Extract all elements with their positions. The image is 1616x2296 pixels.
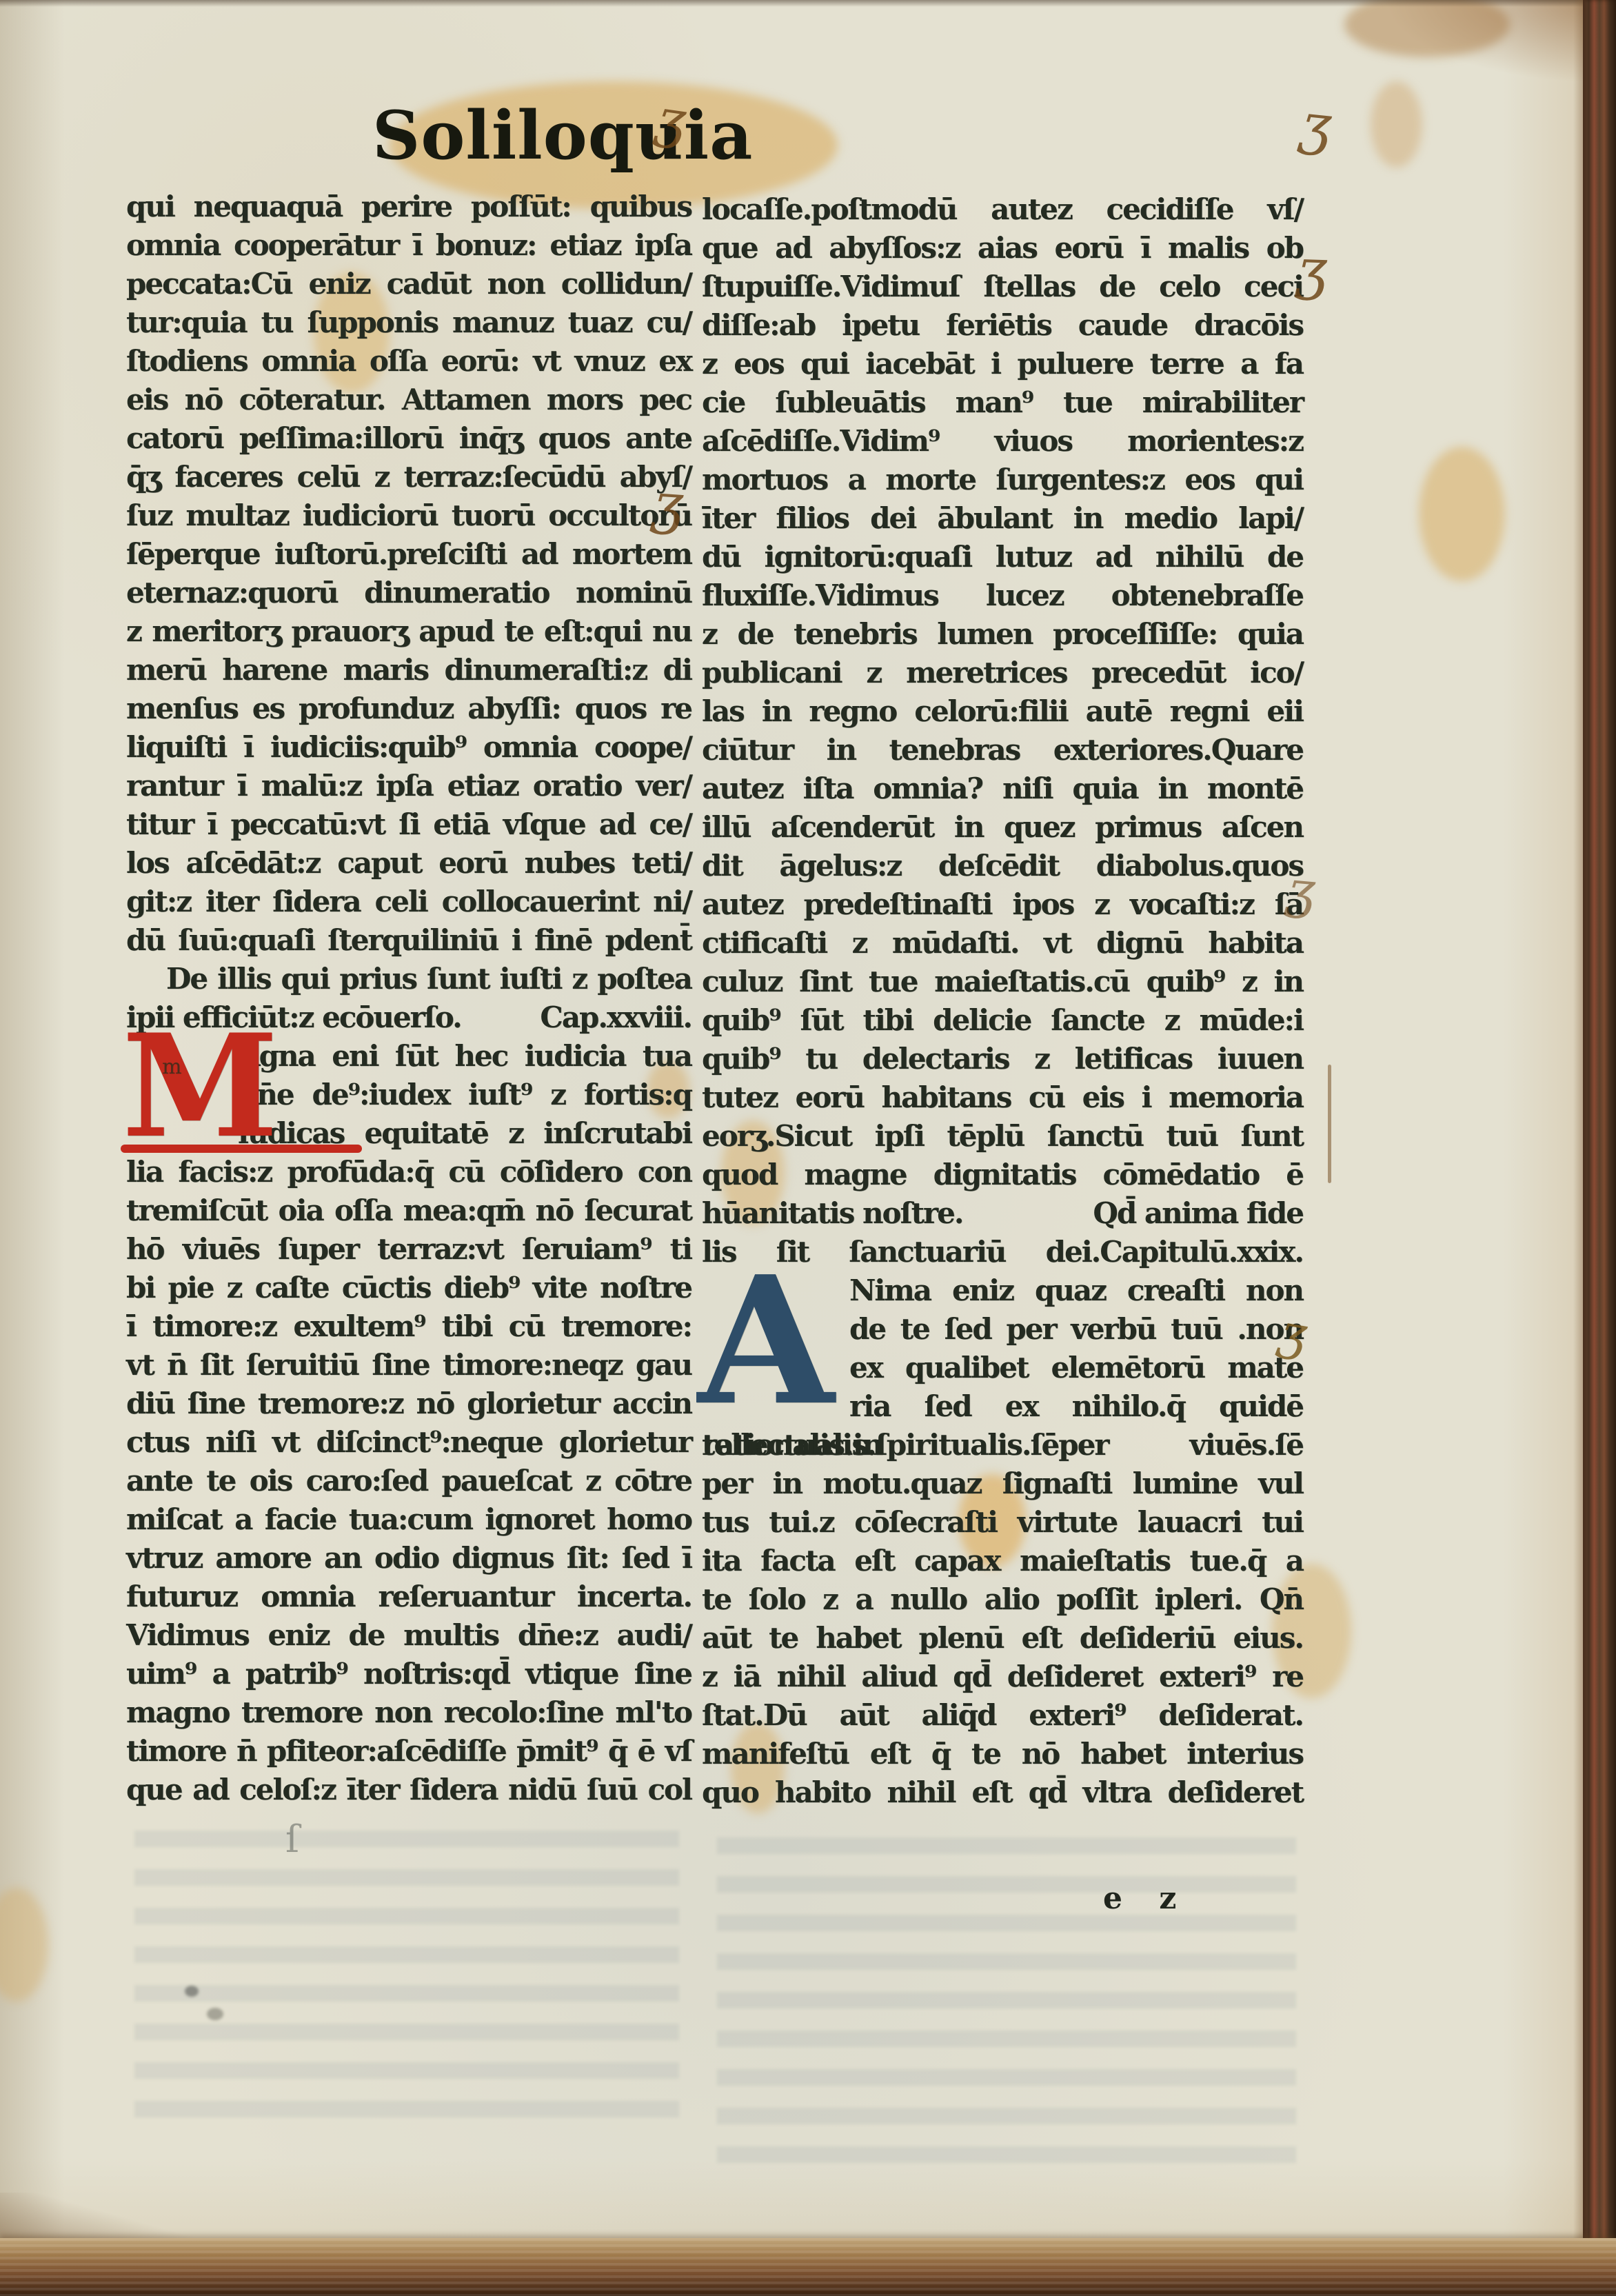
text-line: ita facta eſt capax maieſtatis tue.q̄ a (702, 1542, 1303, 1580)
text-line: z eos qui iacebāt i puluere terre a fa (702, 345, 1303, 383)
text-line: dit āgelus:z deſcēdit diabolus.quos (702, 847, 1303, 885)
text-line: eorʒ.Sicut ipſi tēplū ſanctū tuū ſunt (702, 1117, 1303, 1156)
text-line: timore n̄ pfiteor:aſcēdiſſe p̄mit⁹ q̄ ē … (126, 1732, 691, 1771)
text-line: eis nō cōteratur. Attamen mors pec (126, 381, 691, 419)
text-line: ſtodiens omnia oſſa eorū: vt vnuz ex (126, 342, 691, 381)
stain (0, 1888, 48, 2002)
stain (1371, 81, 1422, 168)
marginalia-pen-mark: ſ (285, 1817, 299, 1861)
text-line: catorū peſſima:illorū inq̄ʒ quos ante (126, 419, 691, 458)
text-line: de te ſed per verbū tuū .non (702, 1310, 1303, 1349)
ink-speck (185, 1986, 199, 1997)
text-line: dū ignitorū:quaſi lutuz ad nihilū de (702, 538, 1303, 576)
text-line: lia facis:z profūda:q̄ cū cōſidero con (126, 1153, 691, 1191)
marginalia-pen-stroke (1328, 1065, 1331, 1183)
text-line: quod magne dignitatis cōmēdatio ē (702, 1156, 1303, 1194)
text-line: liquiſti ī iudiciis:quib⁹ omnia coope/ (126, 728, 691, 767)
text-line: illū aſcenderūt in quez primus aſcen (702, 808, 1303, 847)
text-line: ſēperque iuſtorū.preſciſti ad mortem (126, 535, 691, 574)
text-line: culuz ſint tue maieſtatis.cū quib⁹ z in (702, 963, 1303, 1001)
text-line: aſcēdiſſe.Vidim⁹ viuos morientes:z (702, 422, 1303, 461)
text-segment: hūanitatis noſtre. (702, 1194, 963, 1233)
book-bottom-edge (0, 2238, 1616, 2296)
verso-show-through (134, 1831, 679, 2127)
text-line: autez predeſtinaſti ipos z vocaſti:z ſā (702, 885, 1303, 924)
text-line: autez iſta omnia? niſi quia in montē (702, 769, 1303, 808)
text-line: ctus niſi vt diſcinct⁹:neque glorietur (126, 1423, 691, 1462)
text-line: los aſcēdāt:z caput eorū nubes teti/ (126, 844, 691, 883)
text-line: Agna eni ſūt hec iudicia tua (126, 1037, 691, 1076)
text-line: tellectualis.ſpiritualis.ſēper viuēs.ſē (702, 1426, 1303, 1464)
text-line: omnia cooperātur ī bonuz: etiaz ipſa (126, 226, 691, 265)
text-line: z iā nihil aliud qd̄ deſideret exteri⁹ r… (702, 1658, 1303, 1696)
text-line: per in motu.quaz ſignaſti lumine vul (702, 1464, 1303, 1503)
text-line: eternaz:quorū dinumeratio nominū (126, 574, 691, 612)
text-line: ſtat.Dū aūt aliq̄d exteri⁹ deſiderat. (702, 1696, 1303, 1735)
text-line: magno tremore non recolo:ſine ml'to (126, 1693, 691, 1732)
text-line: qui nequaquā perire poſſūt: quibus (126, 188, 691, 226)
text-line: iudicas equitatē z inſcrutabi (126, 1114, 691, 1153)
text-line: las in regno celorū:filii autē regni eii (702, 692, 1303, 731)
text-line: titur ī peccatū:vt ſi etiā vſque ad ce/ (126, 805, 691, 844)
text-segment: ipii efficiūt:z ecōuerſo. (126, 998, 461, 1037)
text-line: vt n̄ ſit ſeruitiū ſine timore:neqz gau (126, 1346, 691, 1384)
text-line: ſtupuiſſe.Vidimuſ ſtellas de celo ceci (702, 268, 1303, 306)
right-text-column: locaſſe.poſtmodū autez cecidiſſe vſ/que … (702, 190, 1303, 1817)
text-line: locaſſe.poſtmodū autez cecidiſſe vſ/ (702, 190, 1303, 229)
text-line: z de tenebris lumen proceſſiſſe: quia (702, 615, 1303, 654)
text-line: uim⁹ a patrib⁹ noſtris:qd̄ vtique ſine (126, 1655, 691, 1693)
ink-speck (207, 2008, 223, 2020)
text-line: Vidimus eniz de multis dn̄e:z audi/ (126, 1616, 691, 1655)
text-line: De illis qui prius ſunt iuſti z poſtea (126, 960, 691, 998)
text-line: merū harene maris dinumeraſti:z di (126, 651, 691, 689)
text-line: īter filios dei ābulant in medio lapi/ (702, 499, 1303, 538)
text-line: menſus es profunduz abyſſi: quos re (126, 689, 691, 728)
text-line: ria ſed ex nihilo.q̄ quidē rationalis.in (702, 1387, 1303, 1426)
text-line: ipii efficiūt:z ecōuerſo.Cap.xxviii. (126, 998, 691, 1037)
text-line: Nima eniz quaz creaſti non (702, 1271, 1303, 1310)
text-line: publicani z meretrices precedūt ico/ (702, 654, 1303, 692)
text-line: git:z iter ſidera celi collocauerint ni/ (126, 883, 691, 921)
text-line: tur:quia tu ſupponis manuz tuaz cu/ (126, 303, 691, 342)
text-line: cie ſubleuātis man⁹ tue mirabiliter (702, 383, 1303, 422)
text-line: que ad celoſ:z īter ſidera nidū ſuū col (126, 1771, 691, 1809)
text-line: ciūtur in tenebras exteriores.Quare (702, 731, 1303, 769)
text-line: bi pie z caſte cūctis dieb⁹ vite noſtre (126, 1269, 691, 1307)
text-line: ctificaſti z mūdaſti. vt dignū habita (702, 924, 1303, 963)
text-line: futuruz omnia reſeruantur incerta. (126, 1578, 691, 1616)
text-line: q̄ʒ faceres celū z terraz:ſecūdū abyſ/ (126, 458, 691, 496)
text-line: que ad abyſſos:z aias eorū ī malis ob (702, 229, 1303, 268)
text-line: rantur ī malū:z ipſa etiaz oratio ver/ (126, 767, 691, 805)
stain (1419, 447, 1505, 581)
text-line: ex qualibet elemētorū mate (702, 1349, 1303, 1387)
text-line: z meritorʒ prauorʒ apud te eſt:qui nu (126, 612, 691, 651)
text-line: diū ſine tremore:z nō glorietur accin (126, 1384, 691, 1423)
text-line: vtruz amore an odio dignus ſit: ſed ī (126, 1539, 691, 1578)
verso-show-through (717, 1837, 1296, 2182)
text-line: manifeſtū eſt q̄ te nō habet interius (702, 1735, 1303, 1773)
book-top-edge (0, 0, 1616, 7)
text-line: ſuz multaz iudiciorū tuorū occultorū (126, 496, 691, 535)
text-line: mortuos a morte ſurgentes:z eos qui (702, 461, 1303, 499)
text-line: ī timore:z exultem⁹ tibi cū tremore: (126, 1307, 691, 1346)
chapter-label: Qd̄ anima fide (1093, 1194, 1303, 1233)
text-line: tutez eorū habitans cū eis i memoria (702, 1078, 1303, 1117)
marginalia-squiggle: ʒ (1297, 91, 1335, 158)
text-line: diſſe:ab ipetu feriētis caude dracōis (702, 306, 1303, 345)
text-line: fluxiſſe.Vidimus lucez obtenebraſſe (702, 576, 1303, 615)
text-line: peccata:Cū eniz cadūt non collidun/ (126, 265, 691, 303)
text-line: quib⁹ ſūt tibi delicie ſancte z mūde:i (702, 1001, 1303, 1040)
text-line: te ſolo z a nullo alio poſſit ipleri. Qn… (702, 1580, 1303, 1619)
book-fore-edge (1583, 0, 1616, 2296)
book-page: Soliloquia qui nequaquā perire poſſūt: q… (0, 0, 1616, 2296)
text-line: quib⁹ tu delectaris z letificas iuuen (702, 1040, 1303, 1078)
text-line: hūanitatis noſtre.Qd̄ anima fide (702, 1194, 1303, 1233)
text-line: lis ſit ſanctuariū dei.Capitulū.xxix. (702, 1233, 1303, 1271)
text-line: ante te ois caro:ſed paueſcat z cōtre (126, 1462, 691, 1500)
text-line: quo habito nihil eſt qd̄ vltra deſideret (702, 1773, 1303, 1812)
scanned-book-photo: { "page": { "running_title": "Soliloquia… (0, 0, 1616, 2296)
text-line: dn̄e de⁹:iudex iuſt⁹ z fortis:q (126, 1076, 691, 1114)
text-line: tremiſcūt oia oſſa mea:qm̄ nō ſecurat (126, 1191, 691, 1230)
text-line: miſcat a facie tua:cum ignoret homo (126, 1500, 691, 1539)
text-line: aūt te habet plenū eſt deſideriū eius. (702, 1619, 1303, 1658)
chapter-label: Cap.xxviii. (540, 998, 691, 1037)
text-line: tus tui.z cōſecraſti virtute lauacri tui (702, 1503, 1303, 1542)
quire-signature: e z (1103, 1881, 1176, 1916)
running-title: Soliloquia (372, 97, 748, 174)
text-line: dū ſuū:quaſi ſterquiliniū i finē pdent̄ (126, 921, 691, 960)
text-line: hō viuēs ſuper terraz:vt ſeruiam⁹ ti (126, 1230, 691, 1269)
left-text-column: qui nequaquā perire poſſūt: quibusomnia … (126, 188, 691, 1815)
